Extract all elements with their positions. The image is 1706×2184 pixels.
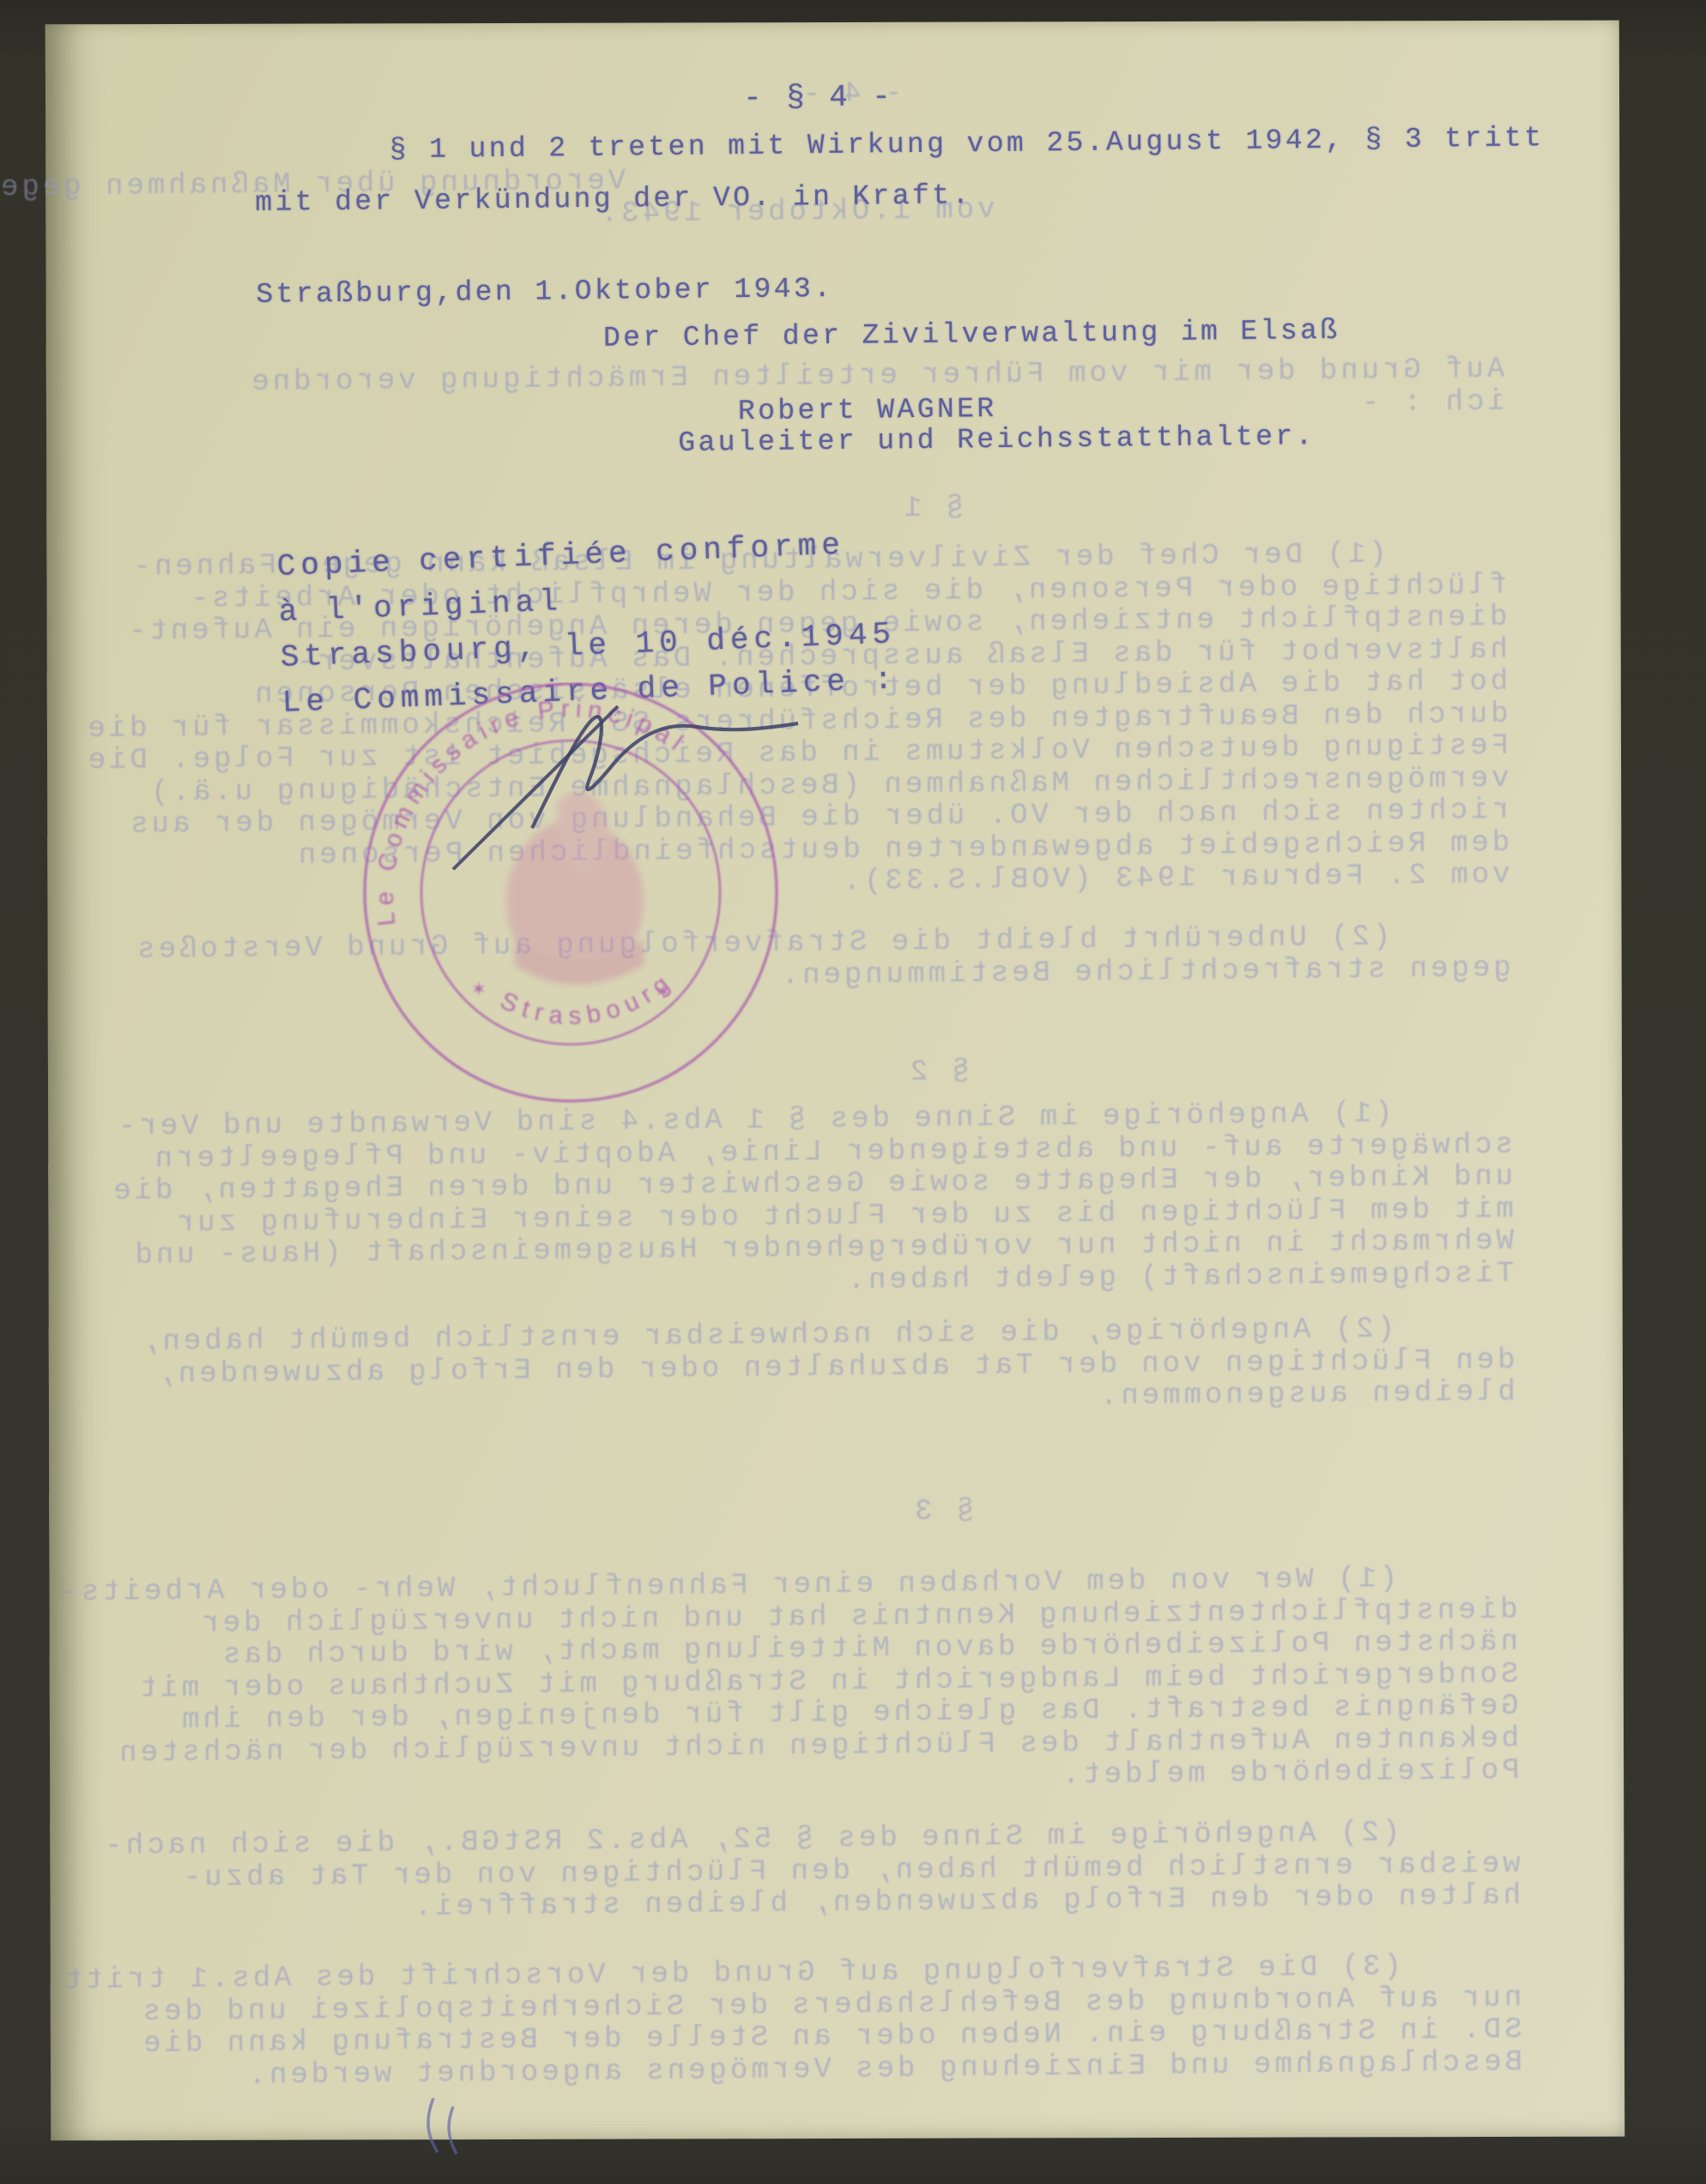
effective-date-line-1: § 1 und 2 treten mit Wirkung vom 25.Augu… [390, 122, 1545, 166]
police-stamp: Le Commissaire Principal Strasbourg ✶ ✶ [360, 682, 841, 1111]
typed-text-layer: - § 4 - § 1 und 2 treten mit Wirkung vom… [0, 0, 1706, 2184]
stamp-emblem [506, 791, 644, 984]
effective-date-line-2: mit der Verkündung der VO. in Kraft. [255, 179, 972, 219]
place-date-line: Straßburg,den 1.Oktober 1943. [256, 273, 833, 311]
signatory-name: Robert WAGNER [738, 393, 997, 427]
signatory-title: Der Chef der Zivilverwaltung im Elsaß [603, 315, 1340, 354]
page-number: - § 4 - [743, 79, 893, 116]
pencil-mark [403, 2085, 506, 2163]
signatory-role: Gauleiter und Reichsstatthalter. [678, 420, 1316, 459]
stamp-star-right-icon: ✶ [656, 979, 670, 1005]
scanned-document: - 4 - Verordnung über Maßnahmen gegen We… [0, 0, 1706, 2184]
stamp-star-left-icon: ✶ [472, 977, 486, 1002]
